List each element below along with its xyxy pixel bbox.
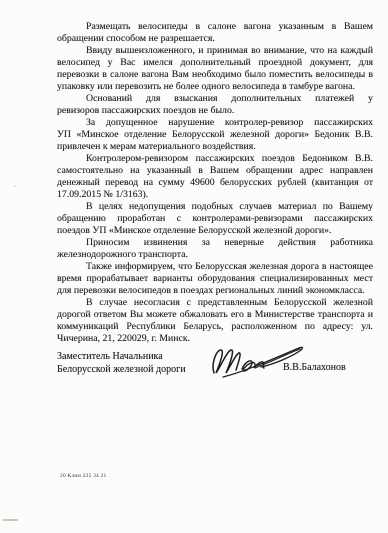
signatory-title-line1: Заместитель Начальника <box>57 351 186 364</box>
letter-line: велосипед у Вас имелся дополнительный пр… <box>57 57 373 69</box>
letter-line: обращении способом не разрешается. <box>57 33 373 45</box>
paragraph: Также информируем, что Белорусская желез… <box>57 261 373 297</box>
signatory-name: В.В.Балахонов <box>283 362 346 374</box>
paragraph: В целях недопущения подобных случаев мат… <box>57 201 373 237</box>
letter-line: Также информируем, что Белорусская желез… <box>57 261 373 273</box>
paragraph: Приносим извинения за неверные действия … <box>57 237 373 261</box>
letter-line: дорогой ответом Вы можете обжаловать его… <box>57 309 373 321</box>
scan-artifact-speck <box>14 185 16 187</box>
letter-line: Приносим извинения за неверные действия … <box>57 237 373 249</box>
letter-line: УП «Минское отделение Белорусской железн… <box>57 129 373 141</box>
paragraph: Контролером-ревизором пассажирских поезд… <box>57 153 373 201</box>
paragraph: Оснований для взыскания дополнительных п… <box>57 93 373 117</box>
letter-line: упаковку или перевозить не более одного … <box>57 81 373 93</box>
letter-line: для перевозки велосипедов в поездах реги… <box>57 285 373 297</box>
handwritten-signature-icon <box>205 340 307 382</box>
paragraph: В случае несогласия с представленным Бел… <box>57 297 373 345</box>
letter-line: Контролером-ревизором пассажирских поезд… <box>57 153 373 165</box>
letter-line: 17.09.2015 № 1/3163). <box>57 189 373 201</box>
letter-line: перевозки в салоне вагона Вам необходимо… <box>57 69 373 81</box>
letter-line: коммуникаций Республики Беларусь, распол… <box>57 321 373 333</box>
letter-line: Размещать велосипеды в салоне вагона ука… <box>57 21 373 33</box>
letter-line: За допущенное нарушение контролер-ревизо… <box>57 117 373 129</box>
letter-line: денежный перевод на сумму 49600 белорусс… <box>57 177 373 189</box>
paragraph: Ввиду вышеизложенного, и принимая во вни… <box>57 45 373 93</box>
letter-line: В случае несогласия с представленным Бел… <box>57 297 373 309</box>
signatory-title-line2: Белорусской железной дороги <box>57 364 186 377</box>
letter-line: Ввиду вышеизложенного, и принимая во вни… <box>57 45 373 57</box>
paragraph: За допущенное нарушение контролер-ревизо… <box>57 117 373 153</box>
letter-line: В целях недопущения подобных случаев мат… <box>57 201 373 213</box>
footer-reference: 20 Клим 225 34 21 <box>60 473 107 480</box>
letter-page: Размещать велосипеды в салоне вагона ука… <box>0 0 388 533</box>
letter-line: поездов УП «Минское отделение Белорусско… <box>57 225 373 237</box>
signatory-title: Заместитель Начальника Белорусской желез… <box>57 351 186 376</box>
letter-line: обращению проработан с контролерами-реви… <box>57 213 373 225</box>
letter-body: Размещать велосипеды в салоне вагона ука… <box>57 21 373 345</box>
letter-line: железнодорожного транспорта. <box>57 249 373 261</box>
letter-line: Оснований для взыскания дополнительных п… <box>57 93 373 105</box>
letter-line: самостоятельно на указанный в Вашем обра… <box>57 165 373 177</box>
paragraph: Размещать велосипеды в салоне вагона ука… <box>57 21 373 45</box>
scan-artifact-dash <box>3 519 18 521</box>
letter-line: привлечен к мерам материального воздейст… <box>57 141 373 153</box>
letter-line: ревизоров пассажирских поездов не было. <box>57 105 373 117</box>
letter-line: время прорабатывает варианты оборудовани… <box>57 273 373 285</box>
